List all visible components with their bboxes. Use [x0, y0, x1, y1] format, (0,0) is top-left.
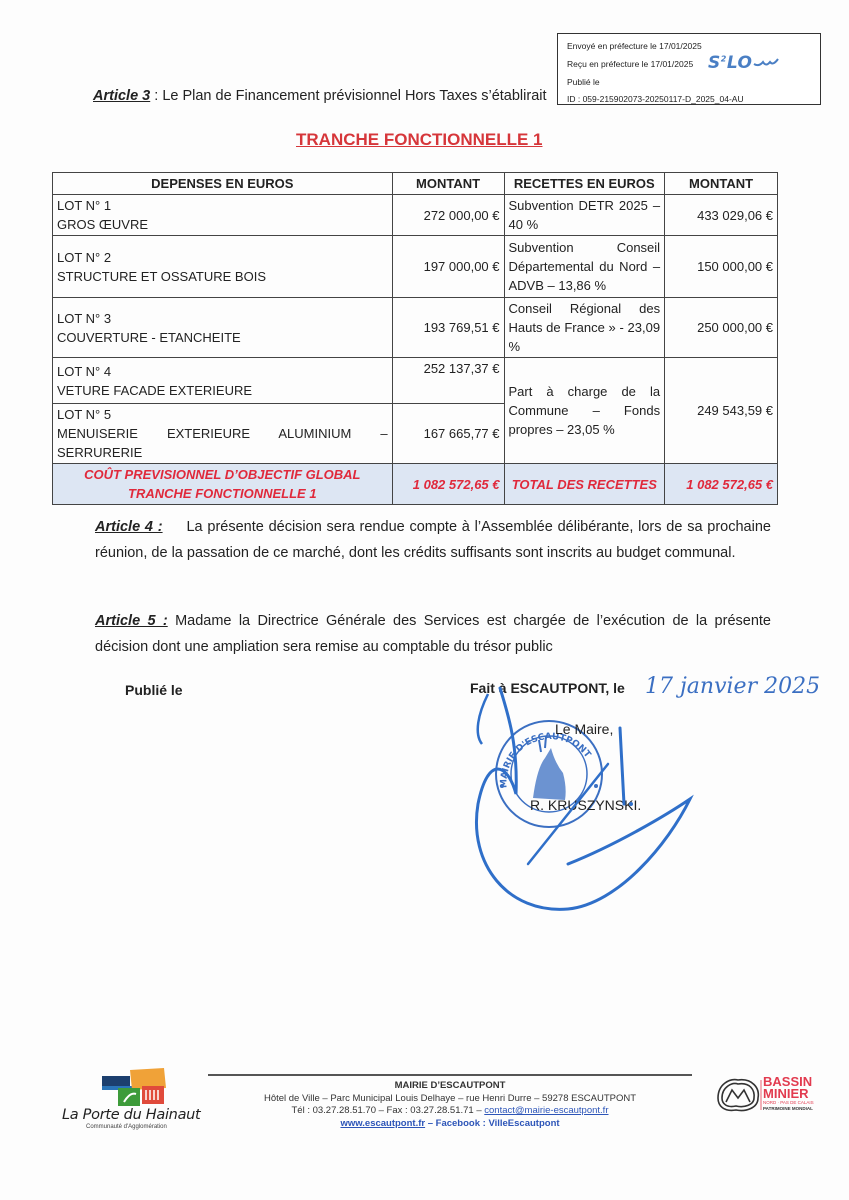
- expense-label: LOT N° 1GROS ŒUVRE: [53, 195, 393, 236]
- expense-label: LOT N° 3COUVERTURE - ETANCHEITE: [53, 298, 393, 358]
- table-row: LOT N° 1GROS ŒUVRE 272 000,00 € Subventi…: [53, 195, 778, 236]
- revenue-amount: 433 029,06 €: [665, 195, 778, 236]
- table-row: LOT N° 2STRUCTURE ET OSSATURE BOIS 197 0…: [53, 236, 778, 298]
- expense-amount: 252 137,37 €: [392, 358, 504, 404]
- article-4: Article 4 : La présente décision sera re…: [95, 514, 771, 566]
- article-3-text: : Le Plan de Financement prévisionnel Ho…: [150, 88, 546, 104]
- header-revenues: RECETTES EN EUROS: [504, 173, 665, 195]
- revenue-amount: 250 000,00 €: [665, 298, 778, 358]
- table-row: LOT N° 4VETURE FACADE EXTERIEURE 252 137…: [53, 358, 778, 404]
- published-label: Publié le: [125, 682, 183, 698]
- table-row: LOT N° 3COUVERTURE - ETANCHEITE 193 769,…: [53, 298, 778, 358]
- article-4-label: Article 4 :: [95, 519, 163, 535]
- article-5-label: Article 5 :: [95, 613, 168, 629]
- footer-website-link[interactable]: www.escautpont.fr: [340, 1118, 425, 1129]
- footer-address: Hôtel de Ville – Parc Municipal Louis De…: [208, 1093, 692, 1106]
- footer-web-line: www.escautpont.fr – Facebook : VilleEsca…: [208, 1118, 692, 1131]
- revenue-label: Conseil Régional des Hauts de France » -…: [504, 298, 665, 358]
- la-porte-du-hainaut-name: La Porte du Hainaut: [62, 1107, 200, 1123]
- expense-amount: 197 000,00 €: [392, 236, 504, 298]
- total-revenues-label: TOTAL DES RECETTES: [504, 464, 665, 505]
- footer-phone-line: Tél : 03.27.28.51.70 – Fax : 03.27.28.51…: [208, 1105, 692, 1118]
- section-title: TRANCHE FONCTIONNELLE 1: [296, 130, 543, 150]
- revenue-label: Part à charge de la Commune – Fonds prop…: [504, 358, 665, 464]
- expense-amount: 193 769,51 €: [392, 298, 504, 358]
- footer-email-link[interactable]: contact@mairie-escautpont.fr: [484, 1105, 608, 1116]
- table-total-row: COÛT PREVISIONNEL D’OBJECTIF GLOBALTRANC…: [53, 464, 778, 505]
- expense-amount: 272 000,00 €: [392, 195, 504, 236]
- header-amount: MONTANT: [665, 173, 778, 195]
- expense-label: LOT N° 5MENUISERIE EXTERIEURE ALUMINIUM …: [53, 404, 393, 464]
- expense-label: LOT N° 4VETURE FACADE EXTERIEURE: [53, 358, 393, 404]
- article-5-text: Madame la Directrice Générale des Servic…: [95, 613, 771, 655]
- header-expenses: DEPENSES EN EUROS: [53, 173, 393, 195]
- revenue-amount: 150 000,00 €: [665, 236, 778, 298]
- expense-amount: 167 665,77 €: [392, 404, 504, 464]
- total-cost-label: COÛT PREVISIONNEL D’OBJECTIF GLOBALTRANC…: [53, 464, 393, 505]
- header-amount: MONTANT: [392, 173, 504, 195]
- table-header-row: DEPENSES EN EUROS MONTANT RECETTES EN EU…: [53, 173, 778, 195]
- bassin-minier-sub2: PATRIMOINE MONDIAL: [763, 1106, 813, 1111]
- stamp-published: Publié le: [567, 77, 600, 87]
- la-porte-du-hainaut-sub: Communauté d'Agglomération: [86, 1124, 167, 1130]
- footer-org: MAIRIE D’ESCAUTPONT: [208, 1080, 692, 1093]
- financing-table: DEPENSES EN EUROS MONTANT RECETTES EN EU…: [52, 172, 778, 505]
- stamp-id: ID : 059-215902073-20250117-D_2025_04-AU: [567, 94, 744, 104]
- article-4-text: La présente décision sera rendue compte …: [95, 519, 771, 561]
- footer-divider: [208, 1074, 692, 1076]
- article-3: Article 3 : Le Plan de Financement prévi…: [93, 88, 547, 104]
- footer-contact: MAIRIE D’ESCAUTPONT Hôtel de Ville – Par…: [208, 1080, 692, 1130]
- revenue-label: Subvention DETR 2025 – 40 %: [504, 195, 665, 236]
- stamp-sent: Envoyé en préfecture le 17/01/2025: [567, 41, 702, 51]
- stamp-received: Reçu en préfecture le 17/01/2025: [567, 59, 693, 69]
- revenue-amount: 249 543,59 €: [665, 358, 778, 464]
- article-3-label: Article 3: [93, 88, 150, 104]
- footer-facebook: – Facebook : VilleEscautpont: [425, 1118, 559, 1129]
- prefecture-stamp: Envoyé en préfecture le 17/01/2025 Reçu …: [557, 33, 821, 105]
- bassin-minier-name: BASSINMINIER: [763, 1076, 812, 1099]
- expense-label: LOT N° 2STRUCTURE ET OSSATURE BOIS: [53, 236, 393, 298]
- total-revenues-amount: 1 082 572,65 €: [665, 464, 778, 505]
- revenue-label: Subvention Conseil Départemental du Nord…: [504, 236, 665, 298]
- article-5: Article 5 : Madame la Directrice Général…: [95, 608, 771, 660]
- signature-icon: [468, 684, 698, 924]
- total-cost-amount: 1 082 572,65 €: [392, 464, 504, 505]
- s2lo-logo-icon: S2LO: [708, 53, 779, 73]
